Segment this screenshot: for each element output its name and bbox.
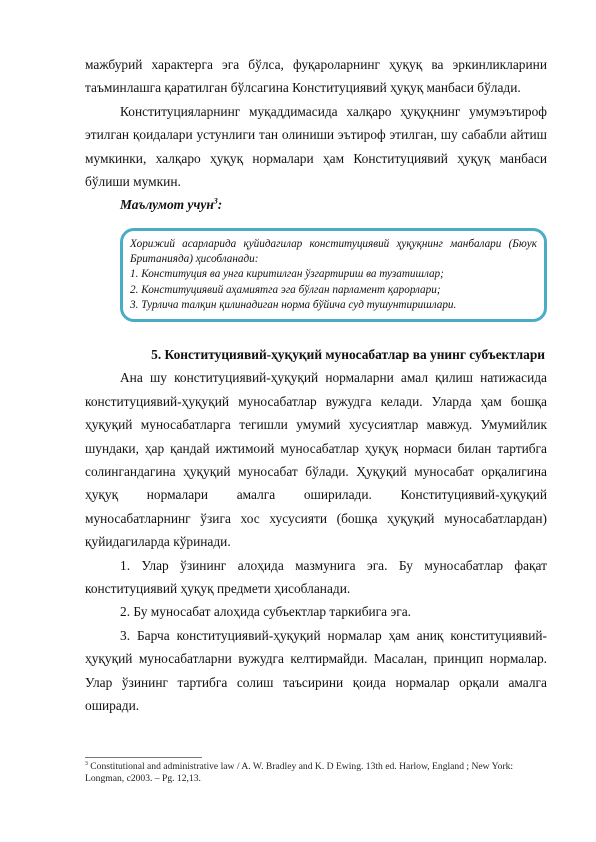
list-item: 2. Бу муносабат алоҳида субъектлар тарки… [85, 600, 547, 623]
intro-text: мажбурий характерга эга бўлса, фуқаролар… [85, 53, 547, 217]
info-label-colon: : [218, 197, 222, 212]
section-5: 5. Конституциявий-ҳуқуқий муносабатлар в… [85, 343, 547, 718]
info-box: Хорижий асарларида қуйидагилар конституц… [120, 228, 547, 322]
footnote: 3 Constitutional and administrative law … [85, 761, 547, 785]
paragraph: мажбурий характерга эга бўлса, фуқаролар… [85, 53, 547, 100]
section-heading: 5. Конституциявий-ҳуқуқий муносабатлар в… [85, 343, 547, 366]
list-item: 1. Улар ўзининг алоҳида мазмунига эга. Б… [85, 554, 547, 601]
info-box-item: 1. Конституция ва унга киритилган ўзгарт… [130, 267, 537, 282]
info-box-intro: Хорижий асарларида қуйидагилар конституц… [130, 237, 537, 267]
info-label: Маълумот учун3: [85, 193, 547, 216]
info-box-item: 3. Турлича талқин қилинадиган норма бўйи… [130, 298, 537, 313]
paragraph: Ана шу конституциявий-ҳуқуқий нормаларни… [85, 366, 547, 553]
footnote-text: Constitutional and administrative law / … [85, 761, 513, 784]
info-box-item: 2. Конституциявий аҳамиятга эга бўлган п… [130, 283, 537, 298]
info-label-text: Маълумот учун [120, 197, 214, 212]
list-item: 3. Барча конституциявий-ҳуқуқий нормалар… [85, 624, 547, 718]
paragraph: Конституцияларнинг муқаддимасида халқаро… [85, 100, 547, 194]
footnote-separator [85, 757, 202, 758]
